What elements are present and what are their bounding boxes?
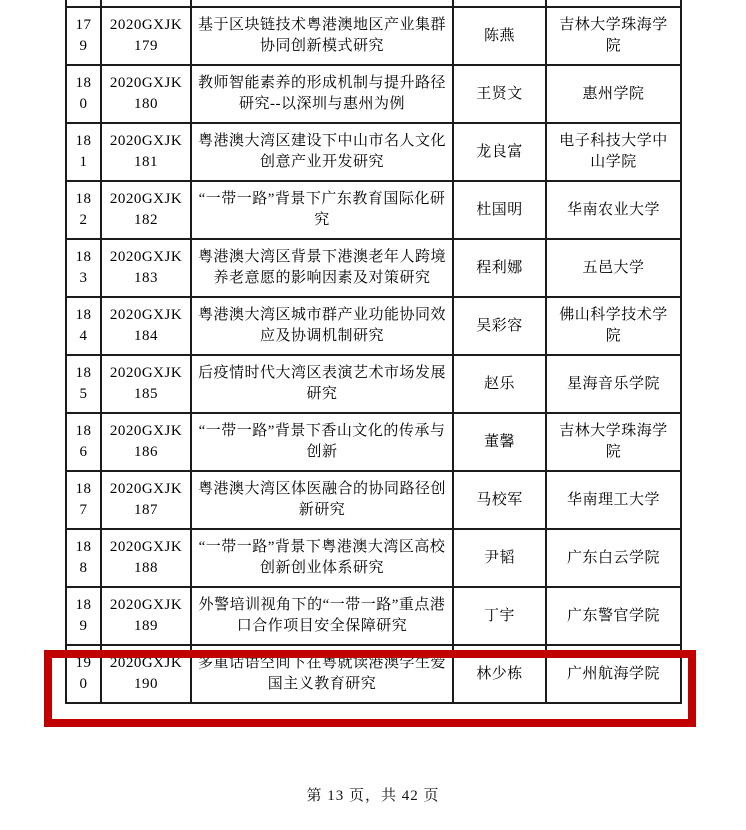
cell-institution: 华南理工大学 [546, 471, 681, 529]
cell-leader-name: 丁宇 [453, 587, 546, 645]
cell-project-id: 2020GXJK190 [101, 645, 191, 703]
cell-row-number: 186 [66, 413, 101, 471]
cell-project-title: 粤港澳大湾区城市群产业功能协同效应及协调机制研究 [191, 297, 453, 355]
table-row: 182 2020GXJK182 “一带一路”背景下广东教育国际化研究 杜国明 华… [66, 181, 681, 239]
table-row: 180 2020GXJK180 教师智能素养的形成机制与提升路径研究--以深圳与… [66, 65, 681, 123]
cell-leader-name: 董馨 [453, 413, 546, 471]
cell-leader-name: 吴彩容 [453, 297, 546, 355]
cell-project-id: 2020GXJK189 [101, 587, 191, 645]
cell-project-title: 后疫情时代大湾区表演艺术市场发展研究 [191, 355, 453, 413]
cell-empty [66, 0, 101, 7]
cell-leader-name: 程利娜 [453, 239, 546, 297]
cell-project-id: 2020GXJK182 [101, 181, 191, 239]
table-row: 185 2020GXJK185 后疫情时代大湾区表演艺术市场发展研究 赵乐 星海… [66, 355, 681, 413]
table-row: 183 2020GXJK183 粤港澳大湾区背景下港澳老年人跨境养老意愿的影响因… [66, 239, 681, 297]
cell-institution: 华南农业大学 [546, 181, 681, 239]
cell-row-number: 189 [66, 587, 101, 645]
cell-institution: 星海音乐学院 [546, 355, 681, 413]
projects-table: 179 2020GXJK179 基于区块链技术粤港澳地区产业集群协同创新模式研究… [65, 0, 682, 704]
cell-leader-name: 龙良富 [453, 123, 546, 181]
cell-institution: 广东白云学院 [546, 529, 681, 587]
cell-institution: 五邑大学 [546, 239, 681, 297]
cell-project-id: 2020GXJK179 [101, 7, 191, 65]
cell-institution: 广东警官学院 [546, 587, 681, 645]
table-row-highlighted: 190 2020GXJK190 多重话语空间下在粤就读港澳学生爱国主义教育研究 … [66, 645, 681, 703]
cell-row-number: 190 [66, 645, 101, 703]
cell-project-title: 外警培训视角下的“一带一路”重点港口合作项目安全保障研究 [191, 587, 453, 645]
cell-empty [546, 0, 681, 7]
table-row: 188 2020GXJK188 “一带一路”背景下粤港澳大湾区高校创新创业体系研… [66, 529, 681, 587]
cell-project-title: 粤港澳大湾区体医融合的协同路径创新研究 [191, 471, 453, 529]
cell-project-title: 多重话语空间下在粤就读港澳学生爱国主义教育研究 [191, 645, 453, 703]
cell-leader-name: 马校军 [453, 471, 546, 529]
cell-project-id: 2020GXJK183 [101, 239, 191, 297]
page-number-footer: 第 13 页，共 42 页 [0, 784, 746, 805]
cell-leader-name: 王贤文 [453, 65, 546, 123]
cell-leader-name: 林少栋 [453, 645, 546, 703]
cell-row-number: 183 [66, 239, 101, 297]
cell-leader-name: 赵乐 [453, 355, 546, 413]
cell-leader-name: 尹韬 [453, 529, 546, 587]
document-page: 179 2020GXJK179 基于区块链技术粤港澳地区产业集群协同创新模式研究… [0, 0, 746, 830]
table-row: 181 2020GXJK181 粤港澳大湾区建设下中山市名人文化创意产业开发研究… [66, 123, 681, 181]
table-row: 187 2020GXJK187 粤港澳大湾区体医融合的协同路径创新研究 马校军 … [66, 471, 681, 529]
cell-row-number: 184 [66, 297, 101, 355]
table-row: 186 2020GXJK186 “一带一路”背景下香山文化的传承与创新 董馨 吉… [66, 413, 681, 471]
cell-row-number: 180 [66, 65, 101, 123]
cell-project-title: “一带一路”背景下香山文化的传承与创新 [191, 413, 453, 471]
cell-empty [191, 0, 453, 7]
cell-project-id: 2020GXJK187 [101, 471, 191, 529]
cell-project-title: 粤港澳大湾区背景下港澳老年人跨境养老意愿的影响因素及对策研究 [191, 239, 453, 297]
cell-project-id: 2020GXJK188 [101, 529, 191, 587]
cell-row-number: 185 [66, 355, 101, 413]
table-row-partial [66, 0, 681, 7]
cell-institution: 电子科技大学中山学院 [546, 123, 681, 181]
cell-project-id: 2020GXJK185 [101, 355, 191, 413]
cell-project-title: “一带一路”背景下粤港澳大湾区高校创新创业体系研究 [191, 529, 453, 587]
cell-row-number: 187 [66, 471, 101, 529]
table-row: 184 2020GXJK184 粤港澳大湾区城市群产业功能协同效应及协调机制研究… [66, 297, 681, 355]
cell-institution: 惠州学院 [546, 65, 681, 123]
cell-institution: 吉林大学珠海学院 [546, 413, 681, 471]
cell-project-id: 2020GXJK186 [101, 413, 191, 471]
cell-project-title: 教师智能素养的形成机制与提升路径研究--以深圳与惠州为例 [191, 65, 453, 123]
cell-leader-name: 杜国明 [453, 181, 546, 239]
cell-project-title: 基于区块链技术粤港澳地区产业集群协同创新模式研究 [191, 7, 453, 65]
cell-project-id: 2020GXJK181 [101, 123, 191, 181]
cell-row-number: 181 [66, 123, 101, 181]
cell-empty [453, 0, 546, 7]
cell-leader-name: 陈燕 [453, 7, 546, 65]
table-row: 189 2020GXJK189 外警培训视角下的“一带一路”重点港口合作项目安全… [66, 587, 681, 645]
cell-institution: 吉林大学珠海学院 [546, 7, 681, 65]
cell-row-number: 182 [66, 181, 101, 239]
cell-institution: 佛山科学技术学院 [546, 297, 681, 355]
cell-project-title: “一带一路”背景下广东教育国际化研究 [191, 181, 453, 239]
projects-table-body: 179 2020GXJK179 基于区块链技术粤港澳地区产业集群协同创新模式研究… [66, 0, 681, 703]
cell-project-id: 2020GXJK180 [101, 65, 191, 123]
table-row: 179 2020GXJK179 基于区块链技术粤港澳地区产业集群协同创新模式研究… [66, 7, 681, 65]
cell-institution: 广州航海学院 [546, 645, 681, 703]
cell-row-number: 188 [66, 529, 101, 587]
cell-project-id: 2020GXJK184 [101, 297, 191, 355]
cell-row-number: 179 [66, 7, 101, 65]
cell-empty [101, 0, 191, 7]
cell-project-title: 粤港澳大湾区建设下中山市名人文化创意产业开发研究 [191, 123, 453, 181]
